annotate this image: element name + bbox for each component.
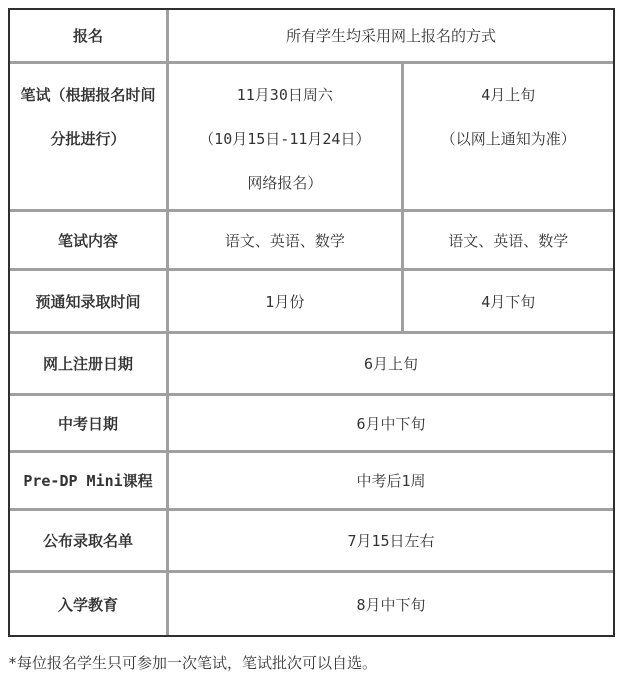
table-cell: 语文、英语、数学: [404, 212, 613, 271]
table-cell: 6月上旬: [169, 334, 613, 396]
table-cell: 1月份: [169, 271, 404, 334]
cell-line: 网络报名）: [169, 161, 401, 205]
cell-line: （以网上通知为准）: [404, 117, 613, 161]
table-cell: 6月中下旬: [169, 396, 613, 453]
table-row: 笔试内容 语文、英语、数学 语文、英语、数学: [10, 212, 613, 271]
row-header: 网上注册日期: [10, 334, 169, 396]
row-header: 报名: [10, 10, 169, 64]
table-row: 网上注册日期 6月上旬: [10, 334, 613, 396]
table-cell: 4月上旬 （以网上通知为准）: [404, 64, 613, 212]
row-header: 笔试内容: [10, 212, 169, 271]
row-header: 预通知录取时间: [10, 271, 169, 334]
row-header: 公布录取名单: [10, 511, 169, 573]
table-cell: 8月中下旬: [169, 573, 613, 635]
table-cell: 11月30日周六 （10月15日-11月24日） 网络报名）: [169, 64, 404, 212]
table-row: 报名 所有学生均采用网上报名的方式: [10, 10, 613, 64]
cell-line: （10月15日-11月24日）: [169, 117, 401, 161]
table-row: 入学教育 8月中下旬: [10, 573, 613, 635]
table-cell: 语文、英语、数学: [169, 212, 404, 271]
cell-line: 11月30日周六: [169, 73, 401, 117]
row-header: Pre-DP Mini课程: [10, 453, 169, 511]
table-cell: 所有学生均采用网上报名的方式: [169, 10, 613, 64]
row-header: 笔试（根据报名时间分批进行）: [10, 64, 169, 212]
table-cell: 7月15日左右: [169, 511, 613, 573]
table-row: 公布录取名单 7月15日左右: [10, 511, 613, 573]
page: 报名 所有学生均采用网上报名的方式 笔试（根据报名时间分批进行） 11月30日周…: [0, 0, 622, 681]
table-row: 笔试（根据报名时间分批进行） 11月30日周六 （10月15日-11月24日） …: [10, 64, 613, 212]
admission-schedule-table: 报名 所有学生均采用网上报名的方式 笔试（根据报名时间分批进行） 11月30日周…: [8, 8, 615, 637]
table-row: 预通知录取时间 1月份 4月下旬: [10, 271, 613, 334]
row-header: 中考日期: [10, 396, 169, 453]
cell-line: 4月上旬: [404, 73, 613, 117]
table-cell: 中考后1周: [169, 453, 613, 511]
row-header: 入学教育: [10, 573, 169, 635]
table-row: 中考日期 6月中下旬: [10, 396, 613, 453]
table-cell: 4月下旬: [404, 271, 613, 334]
footnote: *每位报名学生只可参加一次笔试，笔试批次可以自选。: [8, 653, 614, 673]
table-row: Pre-DP Mini课程 中考后1周: [10, 453, 613, 511]
